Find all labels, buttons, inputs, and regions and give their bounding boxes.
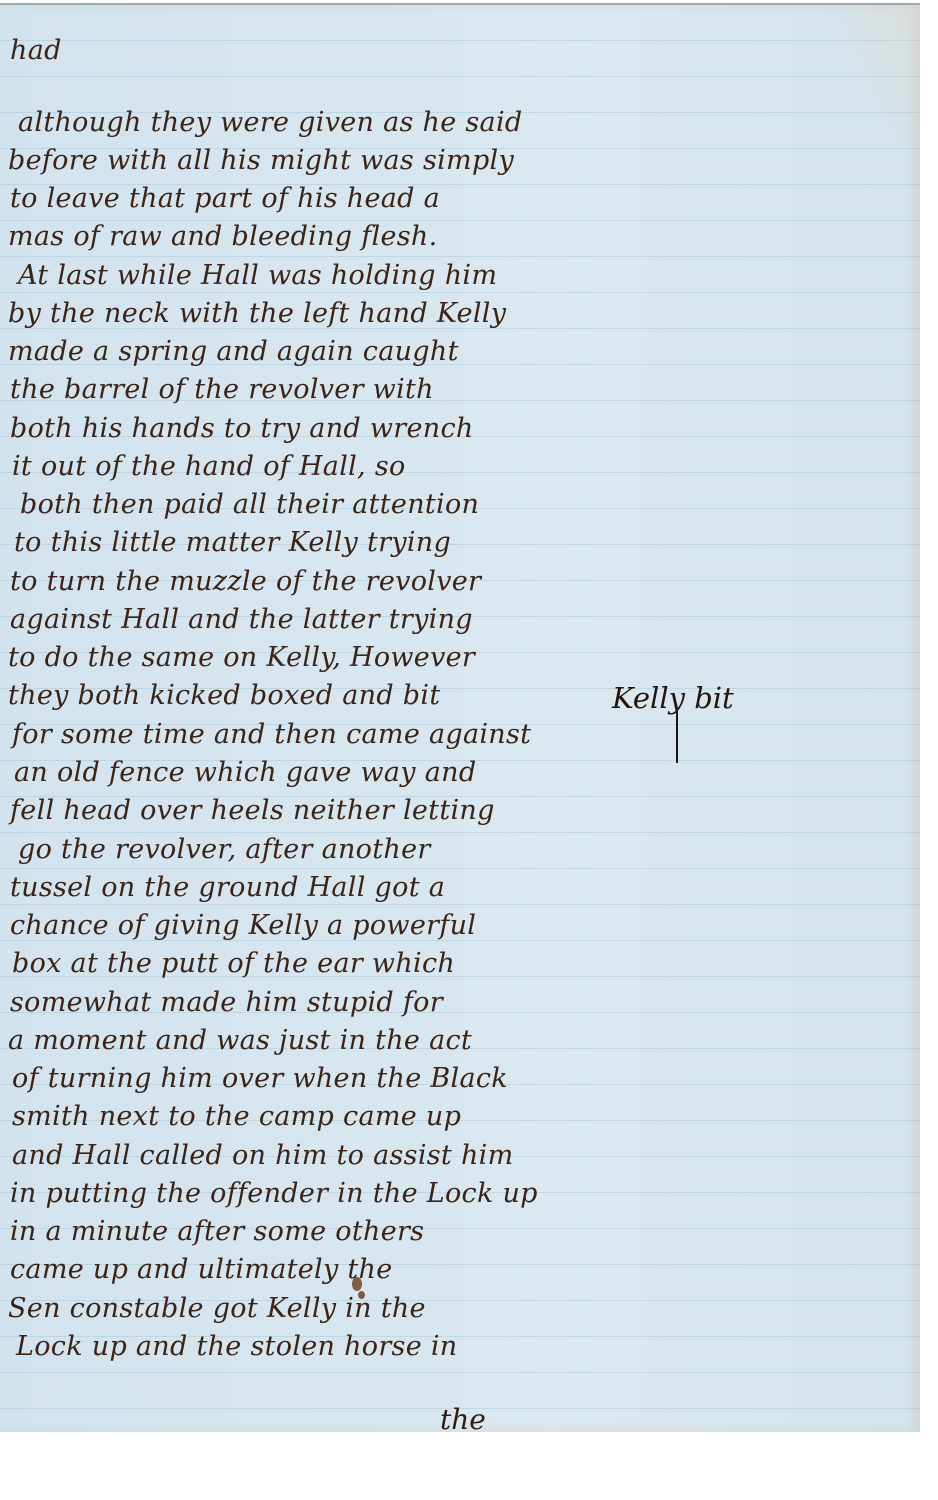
text-line: in putting the offender in the Lock up	[10, 1176, 538, 1212]
text-line: for some time and then came against	[12, 717, 531, 753]
text-line: came up and ultimately the	[10, 1252, 393, 1288]
ink-blot	[352, 1277, 362, 1291]
text-line: the barrel of the revolver with	[10, 372, 434, 408]
text-line: to do the same on Kelly, However	[8, 640, 475, 676]
insertion-caret-stroke	[676, 711, 678, 763]
text-line: in a minute after some others	[10, 1214, 424, 1250]
text-line: tussel on the ground Hall got a	[10, 870, 445, 906]
text-line: to this little matter Kelly trying	[14, 525, 451, 561]
text-line: and Hall called on him to assist him	[12, 1138, 513, 1174]
manuscript-page: had although they were given as he said …	[0, 3, 920, 1432]
text-line: made a spring and again caught	[8, 334, 459, 370]
text-line: against Hall and the latter trying	[10, 602, 473, 638]
text-line: box at the putt of the ear which	[12, 946, 455, 982]
text-line: At last while Hall was holding him	[18, 258, 497, 294]
text-line: both his hands to try and wrench	[10, 411, 474, 447]
text-line: go the revolver, after another	[18, 832, 431, 868]
text-line: somewhat made him stupid for	[10, 985, 443, 1021]
text-line: they both kicked boxed and bit	[8, 678, 440, 714]
text-line: of turning him over when the Black	[12, 1061, 508, 1097]
margin-insertion: Kelly bit	[612, 681, 734, 715]
text-line: before with all his might was simply	[8, 143, 514, 179]
text-line: mas of raw and bleeding flesh.	[8, 219, 438, 255]
text-line: to leave that part of his head a	[10, 181, 440, 217]
text-line: fell head over heels neither letting	[10, 793, 495, 829]
text-line: although they were given as he said	[18, 105, 522, 141]
ink-blot	[358, 1291, 365, 1299]
text-line: chance of giving Kelly a powerful	[10, 908, 476, 944]
text-line: by the neck with the left hand Kelly	[8, 296, 506, 332]
text-line: to turn the muzzle of the revolver	[10, 564, 481, 600]
text-line: smith next to the camp came up	[12, 1099, 461, 1135]
text-line: had	[10, 33, 62, 69]
text-line: a moment and was just in the act	[8, 1023, 472, 1059]
catchword: the	[440, 1403, 486, 1436]
text-line: an old fence which gave way and	[14, 755, 476, 791]
text-line: both then paid all their attention	[20, 487, 479, 523]
text-line: Lock up and the stolen horse in	[16, 1329, 458, 1365]
text-line: it out of the hand of Hall, so	[12, 449, 406, 485]
